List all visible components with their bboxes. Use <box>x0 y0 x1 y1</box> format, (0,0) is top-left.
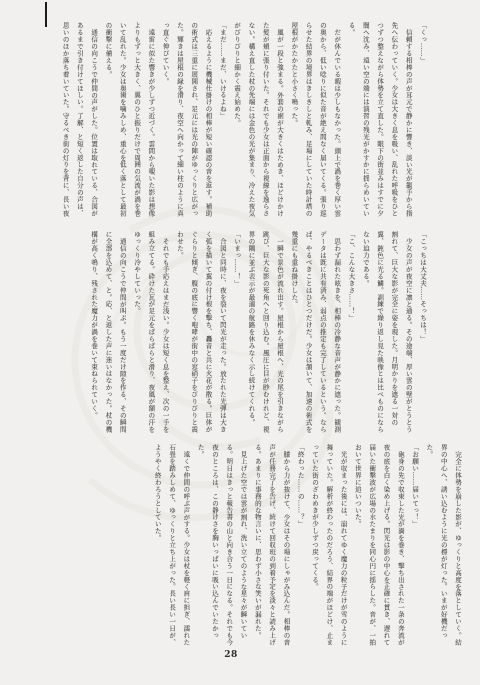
text-band-middle: 「こっちは大丈夫……そっちは！」少女の声が夜空に凛と通る。その途端、厚い雲の壁が… <box>55 231 430 433</box>
narration-paragraph: 遠雷に似た響きが少しずつ近づく。雲間から覗いた影は想像よりもずっと大きく、翼のひ… <box>101 22 158 220</box>
narration-paragraph: 膝から力が抜けて、少女はその場にしゃがみ込んだ。相棒の音声が任務完了を告げ、続け… <box>251 444 294 649</box>
narration-paragraph: 砲身の先で収束した光が渦を巻き、撃ち出された一条の奔流が夜の底を白く染め上げる。… <box>351 444 408 649</box>
narration-paragraph: 合図と同時に、夜を裂いて閃光が走った。放たれた光弾は大きく弧を描いて翼の付け根を… <box>173 231 230 433</box>
text-band-bottom: 完全に体勢を崩した影が、ゆっくりと高度を落としていく。結界の中心へ、誘い込むよう… <box>55 444 465 649</box>
narration-paragraph: 応えるように機械仕掛けの相棒が短い確認の音を返す。補助の術式は三重に展開され、足… <box>158 22 215 220</box>
dialogue-line: 「終わった……の……？」 <box>293 444 307 649</box>
dialogue-line: 「こ、こんな大きさ……！」 <box>344 231 358 433</box>
narration-paragraph: 通信の向こうで仲間が叫ぶ。もう一度だけ隙を作る、その瞬間に全部を込めて、と。応、… <box>87 231 130 433</box>
narration-paragraph: それでも手応えはまだ浅い。少女は短く息を整え、次の一手を組み立てる。砕けた瓦が足… <box>130 231 173 433</box>
narration-paragraph: 光が収まった後には、崩れてゆく魔力の粒子だけが雪のように舞っていた。解析が終わっ… <box>308 444 351 649</box>
narration-paragraph: 通信の向こうで仲間の声がした。位置は取れている、合図があるまで引き付けてほしい。… <box>57 22 101 220</box>
dialogue-line: 「まだ……まだ、いけるよね」 <box>216 22 230 220</box>
narration-paragraph: 風が一段と強まる。外套の裾が大きくはためき、ほどけかけた髪が頬に張り付いた。それ… <box>230 22 287 220</box>
dialogue-line: 「お願い……届いてっ！」 <box>408 444 422 649</box>
narration-paragraph: 少女の声が夜空に凛と通る。その途端、厚い雲の壁がとうとう割れて、巨大な影が完全に… <box>359 231 416 433</box>
narration-paragraph: 一瞬で景色が流れ出す。屋根から屋根へ、光の尾を引きながら跳び、巨大な影の死角へと… <box>244 231 287 433</box>
dialogue-line: 「いまっ……！」 <box>230 231 244 433</box>
dialogue-line: 「くっ……」 <box>416 22 430 220</box>
narration-paragraph: 完全に体勢を崩した影が、ゆっくりと高度を落としていく。結界の中心へ、誘い込むよう… <box>422 444 465 649</box>
dialogue-line: 「こっちは大丈夫……そっちは！」 <box>416 231 430 433</box>
scan-registration-mark <box>45 2 47 27</box>
scanned-page: 「くっ……」信頼する相棒の声が耳元で静かに響き、淡い光が籠手から指先へ伝わってい… <box>0 0 480 685</box>
narration-paragraph: 信頼する相棒の声が耳元で静かに響き、淡い光が籠手から指先へ伝わっていく。少女は大… <box>344 22 415 220</box>
narration-paragraph: 思わず漏れた呟きを、相棒の冷静な音声が静かに遮った。観測データは既に共有済み、弱… <box>287 231 344 433</box>
narration-paragraph: 見上げた空では雲が割れ、洗い立てのような星々が瞬いている。明日はきっと報告書の山… <box>193 444 250 649</box>
narration-paragraph: だが休んでいる暇は少しもなかった。頭上で渦を巻く厚い雲の奥から、低い唸りに似た音… <box>287 22 344 220</box>
narration-paragraph: 遠くで仲間の呼ぶ声がする。少女は杖を軽く肩に担ぎ、濡れた石畳を踏みしめて、ゆっく… <box>150 444 193 649</box>
page-number: 28 <box>0 650 462 660</box>
text-band-top: 「くっ……」信頼する相棒の声が耳元で静かに響き、淡い光が籠手から指先へ伝わってい… <box>57 22 430 220</box>
